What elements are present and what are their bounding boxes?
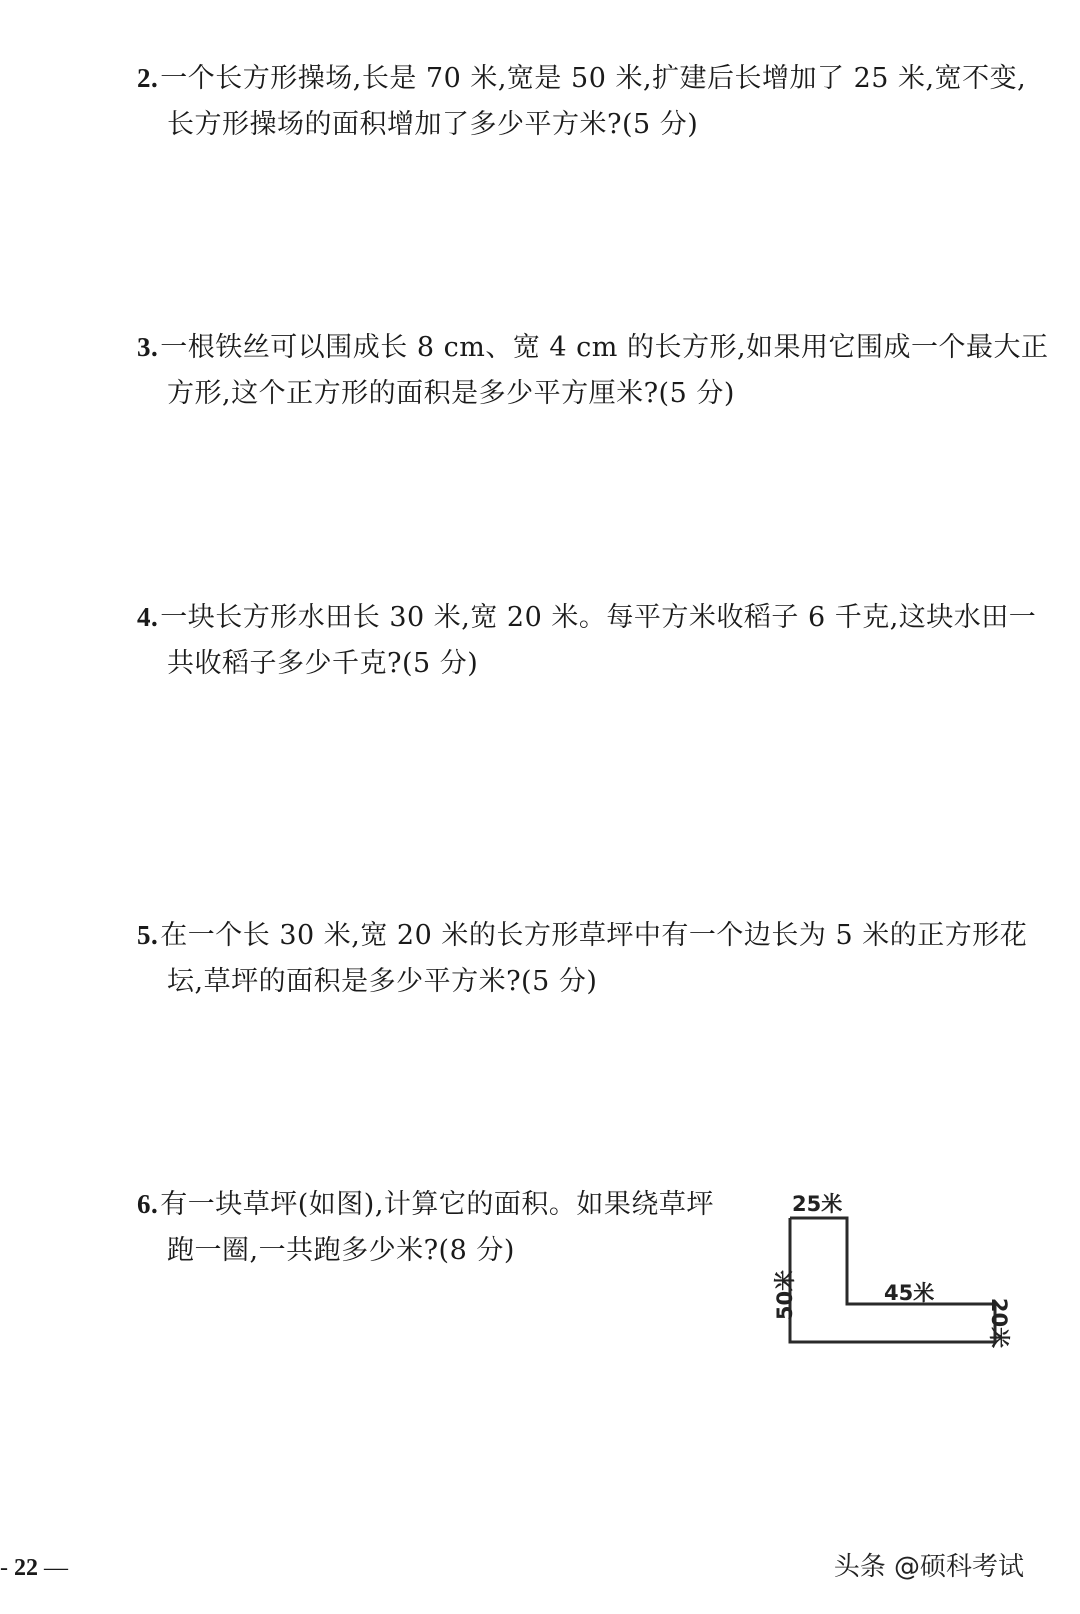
question-text-line2: 长方形操场的面积增加了多少平方米?(5 分): [137, 102, 1026, 148]
question-5: 5.在一个长 30 米,宽 20 米的长方形草坪中有一个边长为 5 米的正方形花…: [137, 912, 1027, 1005]
question-2: 2.一个长方形操场,长是 70 米,宽是 50 米,扩建后长增加了 25 米,宽…: [137, 55, 1026, 148]
page-number: - 22 —: [0, 1555, 68, 1582]
question-text-line2: 跑一圈,一共跑多少米?(8 分): [137, 1228, 714, 1274]
question-number: 2.: [137, 63, 158, 93]
source-watermark: 头条 @硕科考试: [834, 1546, 1024, 1583]
question-text-line1: 在一个长 30 米,宽 20 米的长方形草坪中有一个边长为 5 米的正方形花: [160, 920, 1027, 951]
lawn-shape-figure: 25米 45米 50米 20米: [760, 1180, 1060, 1360]
question-text-line2: 坛,草坪的面积是多少平方米?(5 分): [137, 959, 1027, 1005]
label-top-width: 25米: [792, 1188, 842, 1218]
question-text-line1: 有一块草坪(如图),计算它的面积。如果绕草坪: [160, 1189, 714, 1220]
question-3: 3.一根铁丝可以围成长 8 cm、宽 4 cm 的长方形,如果用它围成一个最大正…: [137, 324, 1049, 417]
question-number: 6.: [137, 1189, 158, 1219]
question-6: 6.有一块草坪(如图),计算它的面积。如果绕草坪 跑一圈,一共跑多少米?(8 分…: [137, 1181, 714, 1274]
question-4: 4.一块长方形水田长 30 米,宽 20 米。每平方米收稻子 6 千克,这块水田…: [137, 594, 1036, 687]
question-number: 3.: [137, 332, 158, 362]
question-text-line2: 共收稻子多少千克?(5 分): [137, 641, 1036, 687]
question-text-line2: 方形,这个正方形的面积是多少平方厘米?(5 分): [137, 371, 1049, 417]
question-number: 5.: [137, 920, 158, 950]
page-number-value: 22: [14, 1555, 38, 1581]
question-text-line1: 一块长方形水田长 30 米,宽 20 米。每平方米收稻子 6 千克,这块水田一: [160, 602, 1036, 633]
label-right-height: 20米: [985, 1293, 1015, 1353]
label-left-height: 50米: [769, 1265, 799, 1325]
question-number: 4.: [137, 602, 158, 632]
question-text-line1: 一根铁丝可以围成长 8 cm、宽 4 cm 的长方形,如果用它围成一个最大正: [160, 332, 1048, 363]
label-step-width: 45米: [884, 1277, 934, 1307]
question-text-line1: 一个长方形操场,长是 70 米,宽是 50 米,扩建后长增加了 25 米,宽不变…: [160, 63, 1026, 94]
